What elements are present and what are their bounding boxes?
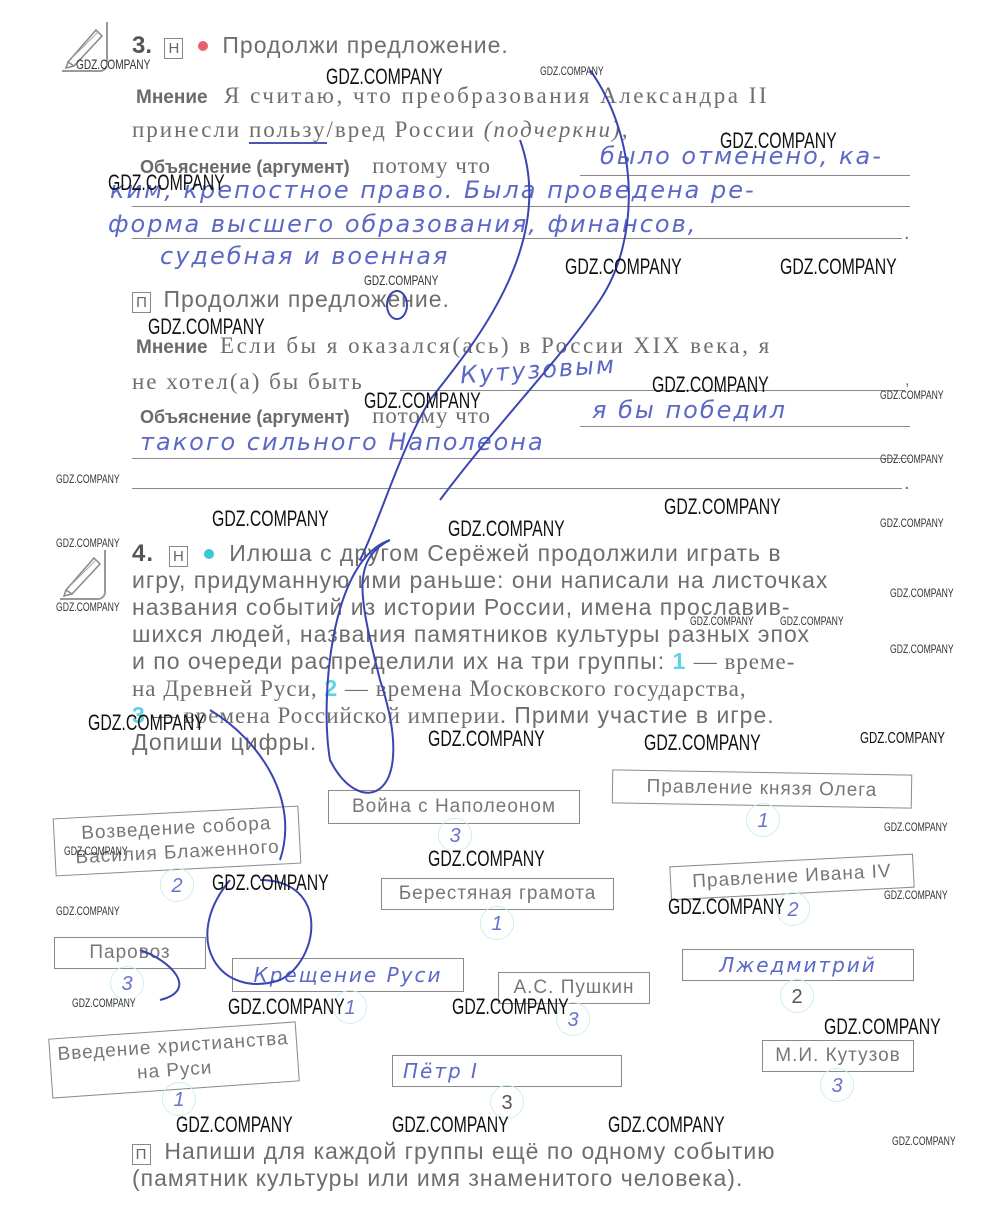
watermark: GDZ.COMPANY	[880, 516, 944, 530]
watermark: GDZ.COMPANY	[228, 994, 345, 1020]
watermark: GDZ.COMPANY	[664, 494, 781, 520]
watermark: GDZ.COMPANY	[690, 614, 754, 628]
watermark: GDZ.COMPANY	[608, 1112, 725, 1138]
watermark: GDZ.COMPANY	[780, 614, 844, 628]
watermark: GDZ.COMPANY	[565, 254, 682, 280]
watermark: GDZ.COMPANY	[880, 452, 944, 466]
watermark: GDZ.COMPANY	[884, 888, 948, 902]
watermark: GDZ.COMPANY	[56, 472, 120, 486]
watermark: GDZ.COMPANY	[644, 730, 761, 756]
watermark: GDZ.COMPANY	[176, 1112, 293, 1138]
watermark: GDZ.COMPANY	[652, 372, 769, 398]
watermark: GDZ.COMPANY	[824, 1014, 941, 1040]
watermark: GDZ.COMPANY	[452, 994, 569, 1020]
watermark: GDZ.COMPANY	[56, 904, 120, 918]
watermark: GDZ.COMPANY	[890, 586, 954, 600]
watermark: GDZ.COMPANY	[892, 1134, 956, 1148]
watermark: GDZ.COMPANY	[428, 846, 545, 872]
watermark: GDZ.COMPANY	[108, 170, 225, 196]
watermark: GDZ.COMPANY	[890, 642, 954, 656]
watermark: GDZ.COMPANY	[76, 56, 150, 72]
watermark: GDZ.COMPANY	[780, 254, 897, 280]
watermark: GDZ.COMPANY	[392, 1112, 509, 1138]
watermark: GDZ.COMPANY	[364, 388, 481, 414]
watermark: GDZ.COMPANY	[212, 870, 329, 896]
watermark: GDZ.COMPANY	[326, 64, 443, 90]
watermark: GDZ.COMPANY	[56, 600, 120, 614]
watermark: GDZ.COMPANY	[884, 820, 948, 834]
watermark: GDZ.COMPANY	[860, 730, 945, 748]
watermark: GDZ.COMPANY	[56, 536, 120, 550]
watermark: GDZ.COMPANY	[64, 844, 128, 858]
watermark: GDZ.COMPANY	[720, 128, 837, 154]
watermark: GDZ.COMPANY	[540, 64, 604, 78]
watermark: GDZ.COMPANY	[148, 314, 265, 340]
watermark: GDZ.COMPANY	[448, 516, 565, 542]
watermark: GDZ.COMPANY	[428, 726, 545, 752]
watermark: GDZ.COMPANY	[364, 272, 438, 288]
watermark: GDZ.COMPANY	[212, 506, 329, 532]
watermark: GDZ.COMPANY	[72, 996, 136, 1010]
watermark: GDZ.COMPANY	[668, 894, 785, 920]
watermark: GDZ.COMPANY	[88, 710, 205, 736]
watermark: GDZ.COMPANY	[880, 388, 944, 402]
